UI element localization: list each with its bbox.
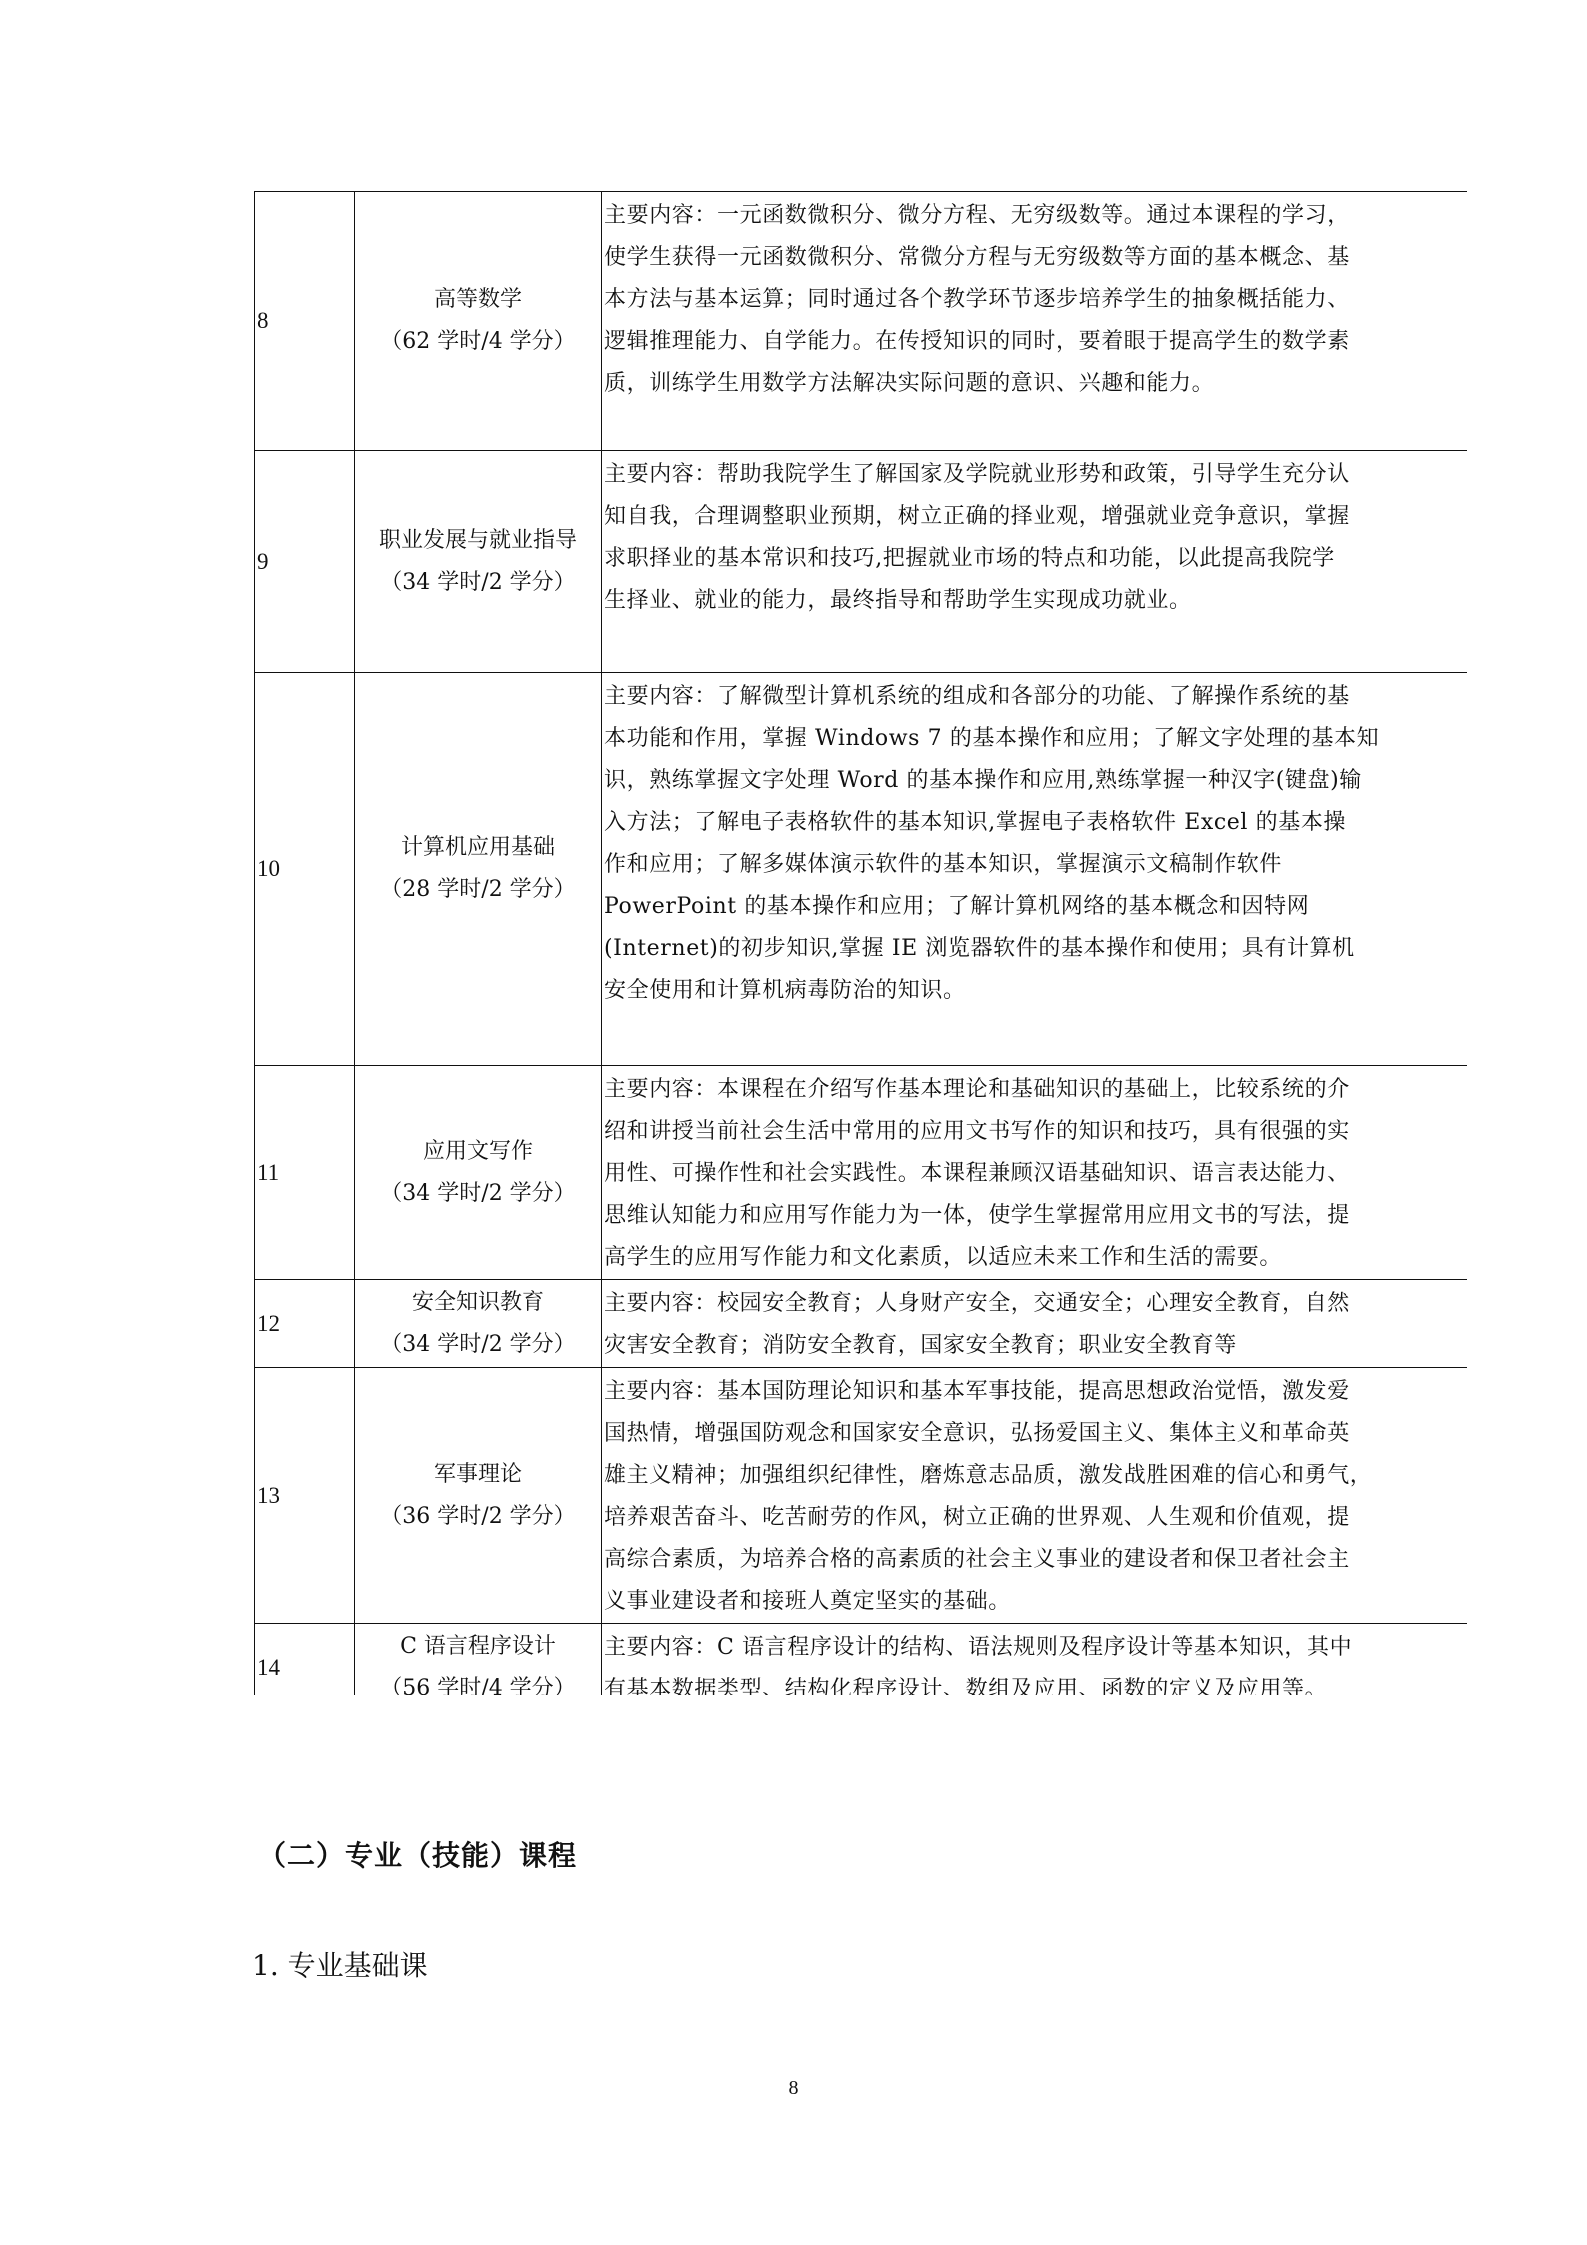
course-description: 主要内容：基本国防理论知识和基本军事技能，提高思想政治觉悟，激发爱 国热情，增强…	[602, 1368, 1468, 1624]
description-line: 入方法；了解电子表格软件的基本知识,掌握电子表格软件 Excel 的基本操	[604, 802, 1467, 844]
course-hours: （56 学时/4 学分）	[355, 1668, 601, 1696]
description-line: 本方法与基本运算；同时通过各个教学环节逐步培养学生的抽象概括能力、	[604, 279, 1467, 321]
course-name-cell: 军事理论 （36 学时/2 学分）	[355, 1368, 602, 1624]
course-description: 主要内容：了解微型计算机系统的组成和各部分的功能、了解操作系统的基 本功能和作用…	[602, 673, 1468, 1066]
description-line: 主要内容：校园安全教育；人身财产安全，交通安全；心理安全教育，自然	[604, 1283, 1467, 1325]
description-line: 主要内容：了解微型计算机系统的组成和各部分的功能、了解操作系统的基	[604, 676, 1467, 718]
description-line: 生择业、就业的能力，最终指导和帮助学生实现成功就业。	[604, 580, 1467, 622]
course-number: 14	[255, 1624, 355, 1696]
table-row: 11 应用文写作 （34 学时/2 学分） 主要内容：本课程在介绍写作基本理论和…	[255, 1066, 1468, 1280]
description-line: (Internet)的初步知识,掌握 IE 浏览器软件的基本操作和使用；具有计算…	[604, 928, 1467, 970]
description-line: PowerPoint 的基本操作和应用；了解计算机网络的基本概念和因特网	[604, 886, 1467, 928]
course-description: 主要内容：C 语言程序设计的结构、语法规则及程序设计等基本知识，其中 有基本数据…	[602, 1624, 1468, 1696]
description-line: 质，训练学生用数学方法解决实际问题的意识、兴趣和能力。	[604, 363, 1467, 405]
course-table-container: 8 高等数学 （62 学时/4 学分） 主要内容：一元函数微积分、微分方程、无穷…	[254, 191, 1467, 1695]
course-description: 主要内容：一元函数微积分、微分方程、无穷级数等。通过本课程的学习， 使学生获得一…	[602, 192, 1468, 451]
table-row: 14 C 语言程序设计 （56 学时/4 学分） 主要内容：C 语言程序设计的结…	[255, 1624, 1468, 1696]
course-hours: （28 学时/2 学分）	[355, 869, 601, 911]
description-line: 逻辑推理能力、自学能力。在传授知识的同时，要着眼于提高学生的数学素	[604, 321, 1467, 363]
description-line: 作和应用；了解多媒体演示软件的基本知识，掌握演示文稿制作软件	[604, 844, 1467, 886]
description-line: 高综合素质，为培养合格的高素质的社会主义事业的建设者和保卫者社会主	[604, 1539, 1467, 1581]
description-line: 求职择业的基本常识和技巧,把握就业市场的特点和功能，以此提高我院学	[604, 538, 1467, 580]
course-number: 10	[255, 673, 355, 1066]
course-description: 主要内容：本课程在介绍写作基本理论和基础知识的基础上，比较系统的介 绍和讲授当前…	[602, 1066, 1468, 1280]
table-row: 13 军事理论 （36 学时/2 学分） 主要内容：基本国防理论知识和基本军事技…	[255, 1368, 1468, 1624]
course-name: 应用文写作	[355, 1131, 601, 1173]
description-line: 灾害安全教育；消防安全教育，国家安全教育；职业安全教育等	[604, 1325, 1467, 1367]
table-row: 12 安全知识教育 （34 学时/2 学分） 主要内容：校园安全教育；人身财产安…	[255, 1280, 1468, 1368]
description-line: 主要内容：C 语言程序设计的结构、语法规则及程序设计等基本知识，其中	[604, 1627, 1467, 1669]
course-number: 8	[255, 192, 355, 451]
course-hours: （62 学时/4 学分）	[355, 321, 601, 363]
subsection-heading: 1. 专业基础课	[252, 1944, 428, 1984]
course-hours: （34 学时/2 学分）	[355, 1324, 601, 1366]
description-line: 使学生获得一元函数微积分、常微分方程与无穷级数等方面的基本概念、基	[604, 237, 1467, 279]
course-name: 职业发展与就业指导	[355, 520, 601, 562]
course-hours: （34 学时/2 学分）	[355, 562, 601, 604]
course-table-body: 8 高等数学 （62 学时/4 学分） 主要内容：一元函数微积分、微分方程、无穷…	[255, 192, 1468, 1696]
course-name-cell: 高等数学 （62 学时/4 学分）	[355, 192, 602, 451]
description-line: 主要内容：帮助我院学生了解国家及学院就业形势和政策，引导学生充分认	[604, 454, 1467, 496]
course-table: 8 高等数学 （62 学时/4 学分） 主要内容：一元函数微积分、微分方程、无穷…	[254, 191, 1467, 1695]
description-line: 培养艰苦奋斗、吃苦耐劳的作风，树立正确的世界观、人生观和价值观，提	[604, 1497, 1467, 1539]
document-page: 8 高等数学 （62 学时/4 学分） 主要内容：一元函数微积分、微分方程、无穷…	[0, 0, 1587, 2245]
table-row: 8 高等数学 （62 学时/4 学分） 主要内容：一元函数微积分、微分方程、无穷…	[255, 192, 1468, 451]
description-line: 雄主义精神；加强组织纪律性，磨炼意志品质，激发战胜困难的信心和勇气，	[604, 1455, 1467, 1497]
course-name-cell: 安全知识教育 （34 学时/2 学分）	[355, 1280, 602, 1368]
description-line: 用性、可操作性和社会实践性。本课程兼顾汉语基础知识、语言表达能力、	[604, 1153, 1467, 1195]
description-line: 绍和讲授当前社会生活中常用的应用文书写作的知识和技巧，具有很强的实	[604, 1111, 1467, 1153]
description-line: 国热情，增强国防观念和国家安全意识，弘扬爱国主义、集体主义和革命英	[604, 1413, 1467, 1455]
description-line: 主要内容：本课程在介绍写作基本理论和基础知识的基础上，比较系统的介	[604, 1069, 1467, 1111]
description-line: 高学生的应用写作能力和文化素质，以适应未来工作和生活的需要。	[604, 1237, 1467, 1279]
table-row: 10 计算机应用基础 （28 学时/2 学分） 主要内容：了解微型计算机系统的组…	[255, 673, 1468, 1066]
table-row: 9 职业发展与就业指导 （34 学时/2 学分） 主要内容：帮助我院学生了解国家…	[255, 451, 1468, 673]
description-line: 安全使用和计算机病毒防治的知识。	[604, 970, 1467, 1012]
description-line: 主要内容：基本国防理论知识和基本军事技能，提高思想政治觉悟，激发爱	[604, 1371, 1467, 1413]
course-name-cell: C 语言程序设计 （56 学时/4 学分）	[355, 1624, 602, 1696]
section-heading: （二）专业（技能）课程	[258, 1834, 577, 1874]
course-name: C 语言程序设计	[355, 1626, 601, 1668]
course-name-cell: 职业发展与就业指导 （34 学时/2 学分）	[355, 451, 602, 673]
description-line: 识，熟练掌握文字处理 Word 的基本操作和应用,熟练掌握一种汉字(键盘)输	[604, 760, 1467, 802]
course-name: 计算机应用基础	[355, 827, 601, 869]
course-number: 9	[255, 451, 355, 673]
course-number: 13	[255, 1368, 355, 1624]
course-description: 主要内容：帮助我院学生了解国家及学院就业形势和政策，引导学生充分认 知自我，合理…	[602, 451, 1468, 673]
course-number: 11	[255, 1066, 355, 1280]
description-line: 有基本数据类型、结构化程序设计、数组及应用、函数的定义及应用等。	[604, 1669, 1467, 1695]
course-name-cell: 计算机应用基础 （28 学时/2 学分）	[355, 673, 602, 1066]
course-description: 主要内容：校园安全教育；人身财产安全，交通安全；心理安全教育，自然 灾害安全教育…	[602, 1280, 1468, 1368]
course-name-cell: 应用文写作 （34 学时/2 学分）	[355, 1066, 602, 1280]
course-hours: （34 学时/2 学分）	[355, 1173, 601, 1215]
description-line: 本功能和作用，掌握 Windows 7 的基本操作和应用；了解文字处理的基本知	[604, 718, 1467, 760]
description-line: 义事业建设者和接班人奠定坚实的基础。	[604, 1581, 1467, 1623]
course-number: 12	[255, 1280, 355, 1368]
description-line: 思维认知能力和应用写作能力为一体，使学生掌握常用应用文书的写法，提	[604, 1195, 1467, 1237]
course-hours: （36 学时/2 学分）	[355, 1496, 601, 1538]
description-line: 知自我，合理调整职业预期，树立正确的择业观，增强就业竞争意识，掌握	[604, 496, 1467, 538]
course-name: 军事理论	[355, 1454, 601, 1496]
course-name: 高等数学	[355, 279, 601, 321]
description-line: 主要内容：一元函数微积分、微分方程、无穷级数等。通过本课程的学习，	[604, 195, 1467, 237]
course-name: 安全知识教育	[355, 1282, 601, 1324]
page-number: 8	[0, 2077, 1587, 2100]
